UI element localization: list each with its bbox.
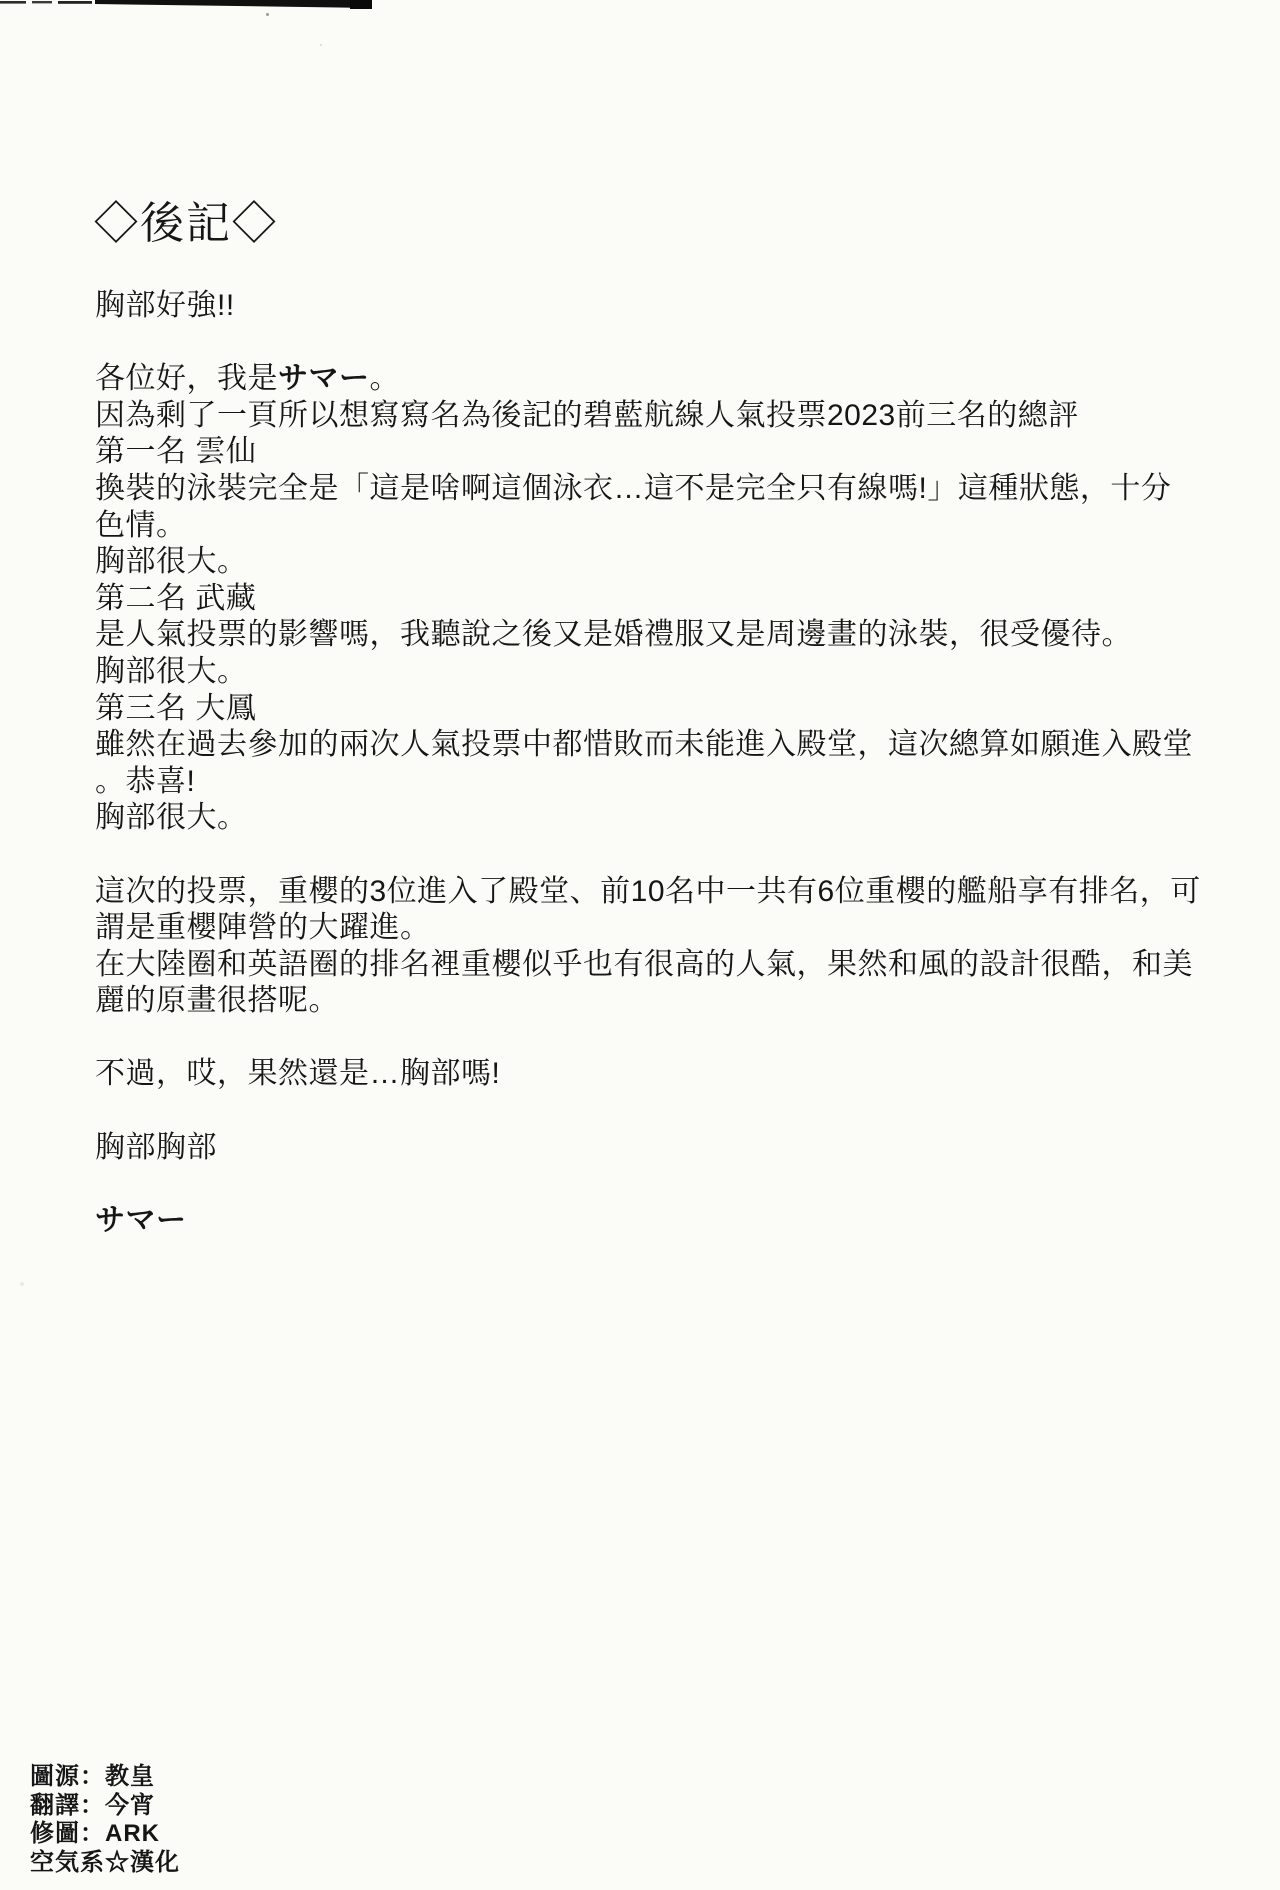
text-line: 胸部好強!! bbox=[95, 288, 1215, 325]
signature: サマー bbox=[95, 1203, 1215, 1240]
scan-artifact-shape bbox=[0, 0, 400, 20]
text-line: 謂是重櫻陣營的大躍進。 bbox=[95, 910, 1215, 947]
text-line: 雖然在過去參加的兩次人氣投票中都惜敗而未能進入殿堂，這次總算如願進入殿堂 bbox=[95, 727, 1215, 764]
text-line: 胸部很大。 bbox=[95, 800, 1215, 837]
text-line-rank2: 第二名 武藏 bbox=[95, 581, 1215, 618]
credit-retouch: 修圖：ARK bbox=[30, 1820, 180, 1849]
text-line: 是人氣投票的影響嗎，我聽說之後又是婚禮服又是周邊畫的泳裝，很受優待。 bbox=[95, 617, 1215, 654]
afterword-body: 胸部好強!! 各位好，我是サマー。 因為剩了一頁所以想寫寫名為後記的碧藍航線人氣… bbox=[95, 288, 1215, 1239]
author-name: サマー bbox=[278, 362, 370, 395]
credits-block: 圖源：教皇 翻譯：今宵 修圖：ARK 空気系☆漢化 bbox=[30, 1763, 180, 1877]
scan-artifact-bar bbox=[0, 0, 400, 20]
blank-line bbox=[95, 1166, 1215, 1203]
blank-line bbox=[95, 1020, 1215, 1057]
blank-line bbox=[95, 325, 1215, 362]
text-line: 。恭喜! bbox=[95, 764, 1215, 801]
page-title: ◇後記◇ bbox=[94, 199, 278, 250]
text-line-greeting: 各位好，我是サマー。 bbox=[95, 361, 1215, 398]
text-line: 在大陸圈和英語圈的排名裡重櫻似乎也有很高的人氣，果然和風的設計很酷，和美 bbox=[95, 947, 1215, 984]
text-line: 胸部很大。 bbox=[95, 654, 1215, 691]
scan-speck bbox=[320, 44, 322, 46]
text-line: 胸部胸部 bbox=[95, 1130, 1215, 1167]
scan-speck bbox=[266, 13, 269, 16]
scan-speck bbox=[20, 1282, 24, 1286]
text-line: 胸部很大。 bbox=[95, 544, 1215, 581]
credit-translator: 翻譯：今宵 bbox=[30, 1792, 180, 1821]
text-line: 色情。 bbox=[95, 508, 1215, 545]
text-line: 因為剩了一頁所以想寫寫名為後記的碧藍航線人氣投票2023前三名的總評 bbox=[95, 398, 1215, 435]
text-line-rank1: 第一名 雲仙 bbox=[95, 434, 1215, 471]
text-line: 不過，哎，果然還是…胸部嗎! bbox=[95, 1056, 1215, 1093]
greeting-pre: 各位好，我是 bbox=[95, 362, 278, 395]
blank-line bbox=[95, 837, 1215, 874]
text-line-rank3: 第三名 大鳳 bbox=[95, 691, 1215, 728]
text-line: 換裝的泳裝完全是「這是啥啊這個泳衣…這不是完全只有線嗎!」這種狀態，十分 bbox=[95, 471, 1215, 508]
greeting-post: 。 bbox=[370, 362, 401, 395]
text-line: 麗的原畫很搭呢。 bbox=[95, 983, 1215, 1020]
text-line: 這次的投票，重櫻的3位進入了殿堂、前10名中一共有6位重櫻的艦船享有排名，可 bbox=[95, 874, 1215, 911]
credit-image-source: 圖源：教皇 bbox=[30, 1763, 180, 1792]
afterword-page: ◇後記◇ 胸部好強!! 各位好，我是サマー。 因為剩了一頁所以想寫寫名為後記的碧… bbox=[0, 0, 1280, 1890]
credit-group: 空気系☆漢化 bbox=[30, 1849, 180, 1878]
blank-line bbox=[95, 1093, 1215, 1130]
